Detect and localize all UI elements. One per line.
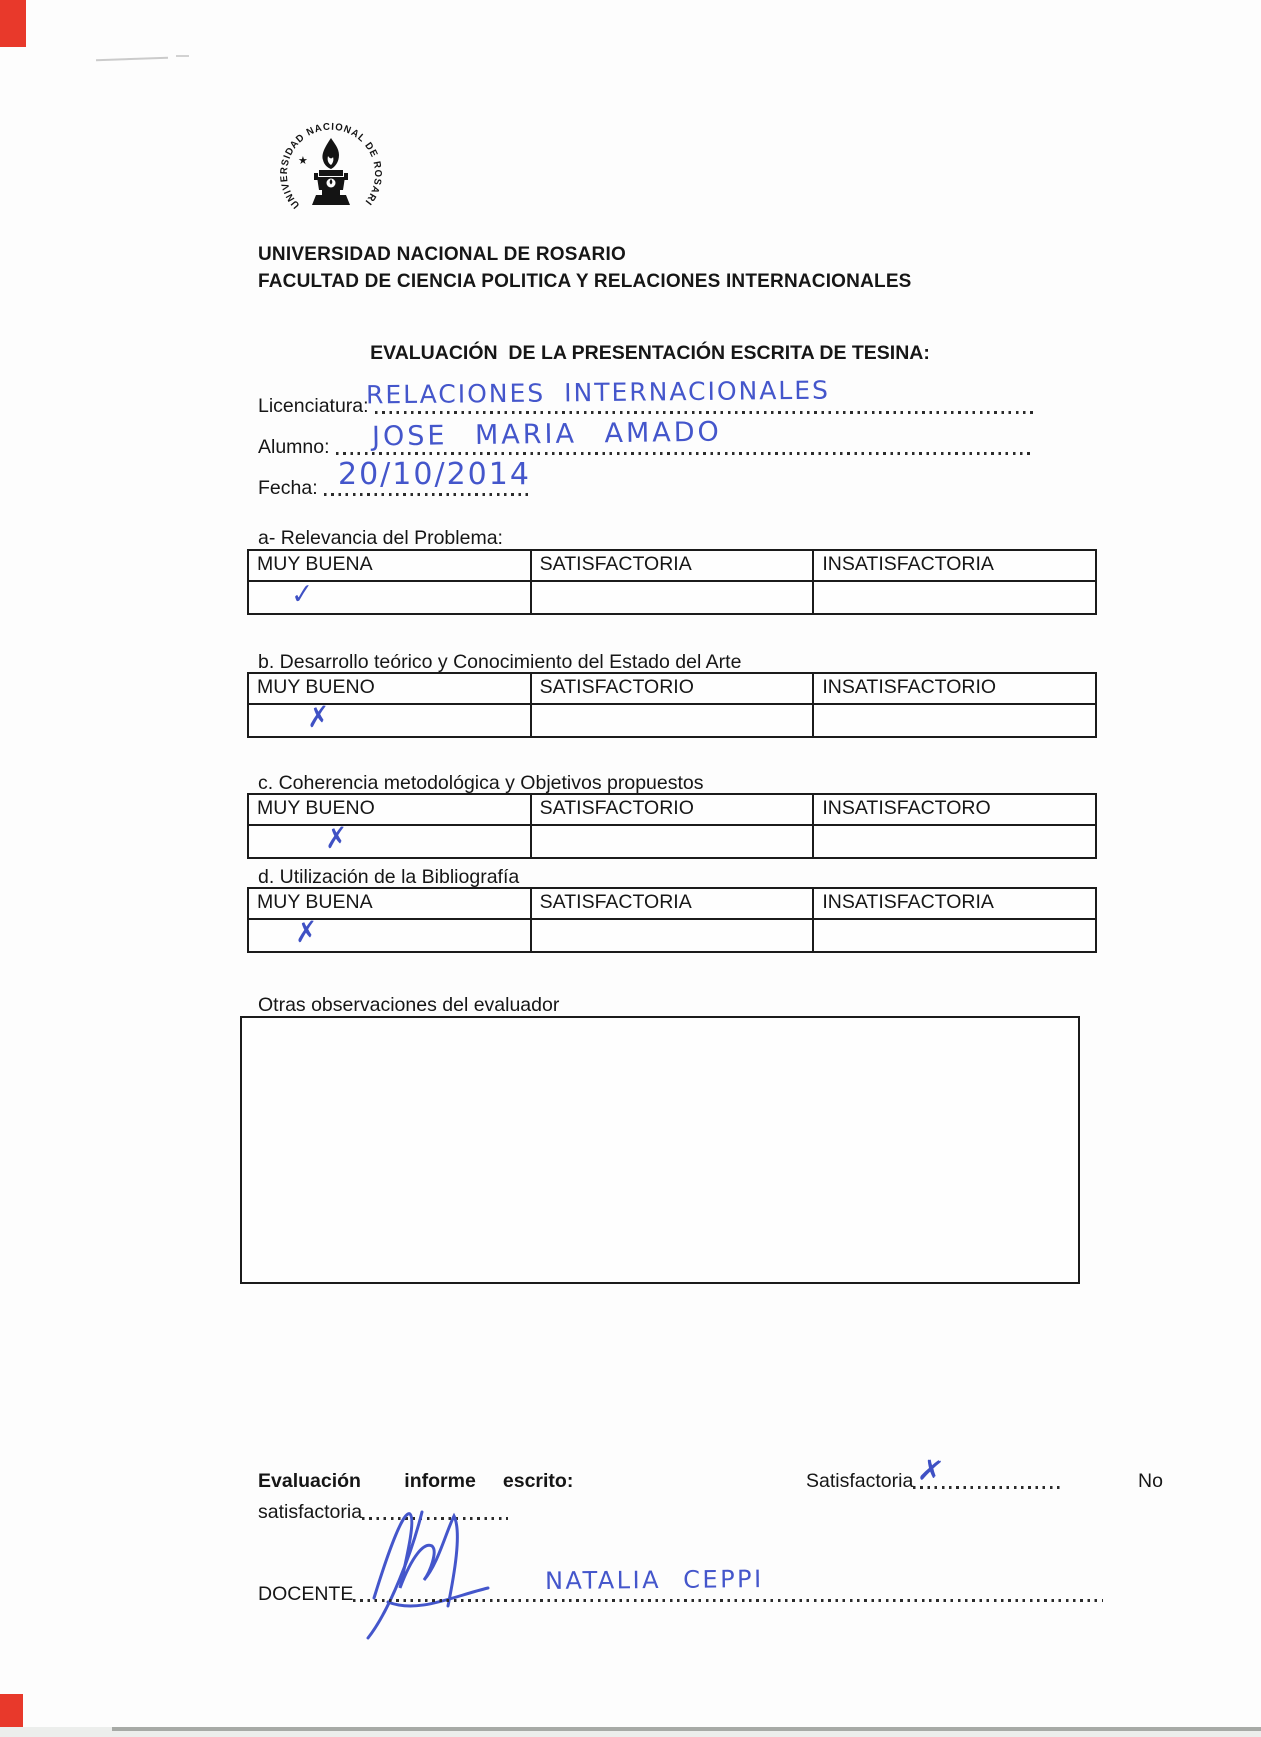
dotted-line	[375, 411, 1035, 414]
option-cell: MUY BUENA	[249, 551, 532, 580]
no-label: No	[1138, 1470, 1163, 1493]
option-cell: INSATISFACTORIA	[814, 889, 1095, 918]
dotted-line	[336, 452, 1030, 455]
empty-cell	[532, 826, 815, 857]
handwritten-x-mark: ✗	[295, 915, 318, 949]
section-d-table: MUY BUENA SATISFACTORIA INSATISFACTORIA …	[247, 887, 1097, 953]
satisfactoria-label: Satisfactoria	[806, 1470, 913, 1493]
torch-icon	[312, 138, 350, 205]
licenciatura-label: Licenciatura:	[258, 395, 375, 418]
option-cell: SATISFACTORIO	[532, 674, 815, 703]
section-a-label: a- Relevancia del Problema:	[258, 527, 503, 550]
table-mark-row: ✗	[249, 826, 1095, 857]
option-cell: SATISFACTORIA	[532, 889, 815, 918]
observations-box	[240, 1016, 1080, 1284]
section-c-table: MUY BUENO SATISFACTORIO INSATISFACTORO ✗	[247, 793, 1097, 859]
docente-signature	[352, 1498, 552, 1643]
empty-cell	[532, 582, 815, 613]
option-cell: MUY BUENO	[249, 674, 532, 703]
form-title: EVALUACIÓN DE LA PRESENTACIÓN ESCRITA DE…	[240, 342, 1060, 365]
mark-cell: ✗	[249, 920, 532, 951]
table-header-row: MUY BUENO SATISFACTORIO INSATISFACTORIO	[249, 674, 1095, 705]
section-a-table: MUY BUENA SATISFACTORIA INSATISFACTORIA …	[247, 549, 1097, 615]
empty-cell	[814, 582, 1095, 613]
option-cell: SATISFACTORIA	[532, 551, 815, 580]
dotted-line	[324, 493, 532, 496]
mark-cell: ✗	[249, 705, 532, 736]
faculty-name: FACULTAD DE CIENCIA POLITICA Y RELACIONE…	[258, 268, 912, 295]
letterhead: UNIVERSIDAD NACIONAL DE ROSARIO FACULTAD…	[258, 241, 912, 295]
empty-cell	[814, 920, 1095, 951]
pencil-mark	[96, 57, 168, 62]
empty-cell	[532, 920, 815, 951]
table-mark-row: ✗	[249, 705, 1095, 736]
handwritten-x-mark: ✗	[307, 700, 330, 734]
university-name: UNIVERSIDAD NACIONAL DE ROSARIO	[258, 241, 912, 268]
section-b-table: MUY BUENO SATISFACTORIO INSATISFACTORIO …	[247, 672, 1097, 738]
mark-cell: ✗	[249, 826, 532, 857]
fecha-handwritten-value: 20/10/2014	[338, 457, 531, 492]
final-evaluation-label: Evaluación informe escrito:	[258, 1470, 573, 1493]
empty-cell	[814, 826, 1095, 857]
table-mark-row: ✗	[249, 920, 1095, 951]
table-mark-row: ✓	[249, 582, 1095, 613]
scan-bottom-edge-line	[112, 1727, 1261, 1731]
alumno-handwritten-value: JOSE MARIA AMADO	[372, 417, 722, 453]
option-cell: INSATISFACTORIO	[814, 674, 1095, 703]
option-cell: MUY BUENO	[249, 795, 532, 824]
option-cell: INSATISFACTORO	[814, 795, 1095, 824]
table-header-row: MUY BUENA SATISFACTORIA INSATISFACTORIA	[249, 551, 1095, 582]
table-header-row: MUY BUENO SATISFACTORIO INSATISFACTORO	[249, 795, 1095, 826]
no-satisfactoria-label: satisfactoria	[258, 1501, 362, 1524]
option-cell: MUY BUENA	[249, 889, 532, 918]
licenciatura-handwritten-value: RELACIONES INTERNACIONALES	[366, 376, 830, 410]
scanned-evaluation-form: UNIVERSIDAD NACIONAL DE ROSARIO ★ UNIVER…	[0, 0, 1261, 1737]
observations-label: Otras observaciones del evaluador	[258, 994, 559, 1017]
dotted-line	[353, 1599, 1103, 1602]
option-cell: SATISFACTORIO	[532, 795, 815, 824]
section-c-label: c. Coherencia metodológica y Objetivos p…	[258, 772, 704, 795]
mark-cell: ✓	[249, 582, 532, 613]
fecha-label: Fecha:	[258, 477, 324, 500]
handwritten-x-mark: ✗	[325, 821, 348, 855]
alumno-label: Alumno:	[258, 436, 336, 459]
pencil-mark	[176, 55, 189, 57]
empty-cell	[532, 705, 815, 736]
seal-star-icon: ★	[298, 155, 308, 167]
docente-handwritten-name: NATALIA CEPPI	[545, 1565, 764, 1595]
table-header-row: MUY BUENA SATISFACTORIA INSATISFACTORIA	[249, 889, 1095, 920]
satisfactoria-option: Satisfactoria ✗	[806, 1470, 1063, 1493]
unr-seal-logo: UNIVERSIDAD NACIONAL DE ROSARIO ★	[276, 116, 386, 228]
section-d-label: d. Utilización de la Bibliografía	[258, 866, 519, 889]
option-cell: INSATISFACTORIA	[814, 551, 1095, 580]
section-b-label: b. Desarrollo teórico y Conocimiento del…	[258, 651, 741, 674]
scan-red-mark-top	[0, 0, 26, 47]
handwritten-check-mark: ✓	[291, 577, 314, 611]
empty-cell	[814, 705, 1095, 736]
docente-label: DOCENTE	[258, 1583, 353, 1606]
unr-seal-icon: UNIVERSIDAD NACIONAL DE ROSARIO ★	[276, 116, 386, 228]
